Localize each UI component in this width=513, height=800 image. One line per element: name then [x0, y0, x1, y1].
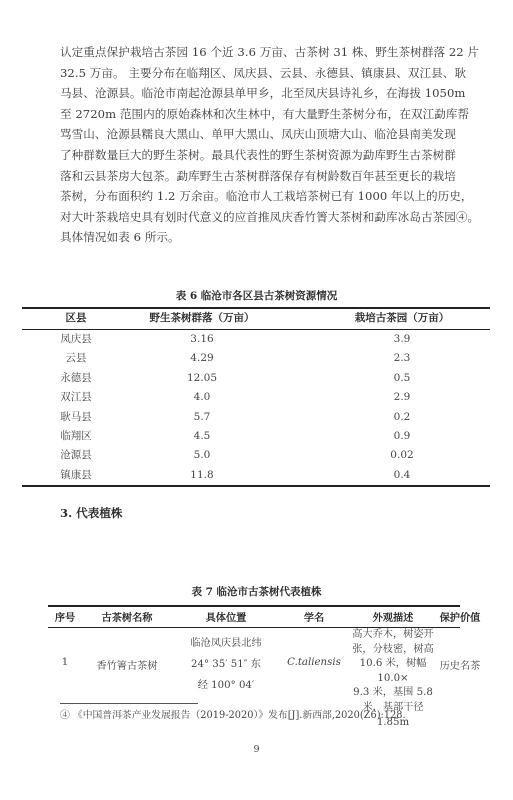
table-cell: 0.9 — [342, 427, 462, 446]
table6-caption: 表 6 临沧市各区县古茶树资源情况 — [0, 288, 513, 303]
table-cell-name: 香竹箐古茶树 — [84, 657, 170, 672]
table-cell: 双江县 — [46, 388, 106, 407]
description-line: 高大乔木，树姿开 — [348, 628, 438, 643]
table-cell: 2.3 — [342, 349, 462, 368]
table6-header-cell: 野生茶树群落（万亩） — [142, 309, 262, 328]
table-cell: 11.8 — [142, 466, 262, 485]
table-cell: 5.0 — [142, 446, 262, 465]
table7-header-cell: 具体位置 — [174, 607, 278, 629]
table6-bottom-rule — [22, 485, 490, 487]
table-row: 凤庆县 3.16 3.9 — [22, 330, 490, 349]
table-cell: 5.7 — [142, 408, 262, 427]
body-paragraph: 认定重点保护栽培古茶园 16 个近 3.6 万亩、古茶树 31 株、野生茶树群落… — [60, 42, 460, 248]
paragraph-line: 对大叶茶栽培史具有划时代意义的应首推凤庆香竹箐大茶树和勐库冰岛古茶园④。 — [60, 207, 460, 228]
table6-header-row: 区县 野生茶树群落（万亩） 栽培古茶园（万亩） — [22, 309, 490, 328]
table7-header-cell: 学名 — [282, 607, 346, 629]
table-cell: 镇康县 — [46, 466, 106, 485]
footnote: ④ 《中国普洱茶产业发展报告（2019-2020）》发布[J].新西部,2020… — [60, 707, 406, 721]
table-cell: 凤庆县 — [46, 330, 106, 349]
table-cell: 0.2 — [342, 408, 462, 427]
table-cell: 4.0 — [142, 388, 262, 407]
table-row: 临翔区 4.5 0.9 — [22, 427, 490, 446]
paragraph-line: 落和云县茶房大包茶。勐库野生古茶树群落保存有树龄数百年甚至更长的栽培 — [60, 166, 460, 187]
table-row: 镇康县 11.8 0.4 — [22, 466, 490, 485]
table-cell: 0.02 — [342, 446, 462, 465]
paragraph-line: 了种群数量巨大的野生茶树。最具代表性的野生茶树资源为勐库野生古茶树群 — [60, 145, 460, 166]
table-cell: 永德县 — [46, 369, 106, 388]
table6-header-cell: 栽培古茶园（万亩） — [342, 309, 462, 328]
table7-header-row: 序号 古茶树名称 具体位置 学名 外观描述 保护价值 — [48, 607, 460, 629]
table-cell: 0.5 — [342, 369, 462, 388]
description-line: 张，分枝密，树高 — [348, 643, 438, 658]
table6: 区县 野生茶树群落（万亩） 栽培古茶园（万亩） — [22, 309, 490, 328]
table-row: 云县 4.29 2.3 — [22, 349, 490, 368]
paragraph-line: 茶树，分布面积约 1.2 万余亩。临沧市人工栽培茶树已有 1000 年以上的历史… — [60, 186, 460, 207]
table-cell: 临翔区 — [46, 427, 106, 446]
table7-header-cell: 古茶树名称 — [84, 607, 170, 629]
section-heading: 3. 代表植株 — [60, 505, 123, 521]
paragraph-line: 骂雪山、沧源县糯良大黑山、单甲大黑山、凤庆山顶塘大山、临沧县南美发现 — [60, 124, 460, 145]
table7-header-cell: 序号 — [48, 607, 82, 629]
table-cell: 2.9 — [342, 388, 462, 407]
table-cell-location: 临沧凤庆县北纬 24° 35′ 51″ 东 经 100° 04′ — [174, 633, 278, 696]
table-cell-index: 1 — [48, 657, 82, 668]
location-line: 经 100° 04′ — [174, 675, 278, 696]
table-cell: 4.5 — [142, 427, 262, 446]
description-line: 9.3 米，基围 5.8 — [348, 686, 438, 701]
table-cell: 12.05 — [142, 369, 262, 388]
footnote-separator — [60, 703, 198, 704]
paragraph-line: 认定重点保护栽培古茶园 16 个近 3.6 万亩、古茶树 31 株、野生茶树群落… — [60, 42, 460, 63]
table-row: 永德县 12.05 0.5 — [22, 369, 490, 388]
table6-header-cell: 区县 — [46, 309, 106, 328]
table-cell: 耿马县 — [46, 408, 106, 427]
table7-caption: 表 7 临沧市古茶树代表植株 — [0, 584, 513, 599]
table-cell-protection-value: 历史名茶 — [410, 657, 510, 672]
table-cell: 0.4 — [342, 466, 462, 485]
table-cell: 3.16 — [142, 330, 262, 349]
location-line: 临沧凤庆县北纬 — [174, 633, 278, 654]
table-cell: 3.9 — [342, 330, 462, 349]
paragraph-line: 至 2720m 范围内的原始森林和次生林中，有大量野生茶树分布，在双江勐库帮 — [60, 104, 460, 125]
table-row: 1 香竹箐古茶树 临沧凤庆县北纬 24° 35′ 51″ 东 经 100° 04… — [48, 629, 460, 701]
table-row: 耿马县 5.7 0.2 — [22, 408, 490, 427]
table-cell-scientific-name: C.taliensis — [282, 657, 346, 668]
paragraph-line: 32.5 万亩。 主要分布在临翔区、凤庆县、云县、永德县、镇康县、双江县、耿 — [60, 63, 460, 84]
table-cell: 4.29 — [142, 349, 262, 368]
table-cell: 沧源县 — [46, 446, 106, 465]
location-line: 24° 35′ 51″ 东 — [174, 654, 278, 675]
page-number: 9 — [0, 744, 513, 755]
paragraph-line: 马县、沧源县。临沧市南起沧源县单甲乡，北至凤庆县诗礼乡，在海拔 1050m — [60, 83, 460, 104]
table-row: 双江县 4.0 2.9 — [22, 388, 490, 407]
paragraph-line: 具体情况如表 6 所示。 — [60, 227, 460, 248]
table-row: 沧源县 5.0 0.02 — [22, 446, 490, 465]
table6-body: 凤庆县 3.16 3.9 云县 4.29 2.3 永德县 12.05 0.5 双… — [22, 330, 490, 485]
table7-header-cell: 保护价值 — [410, 607, 510, 629]
table-cell: 云县 — [46, 349, 106, 368]
